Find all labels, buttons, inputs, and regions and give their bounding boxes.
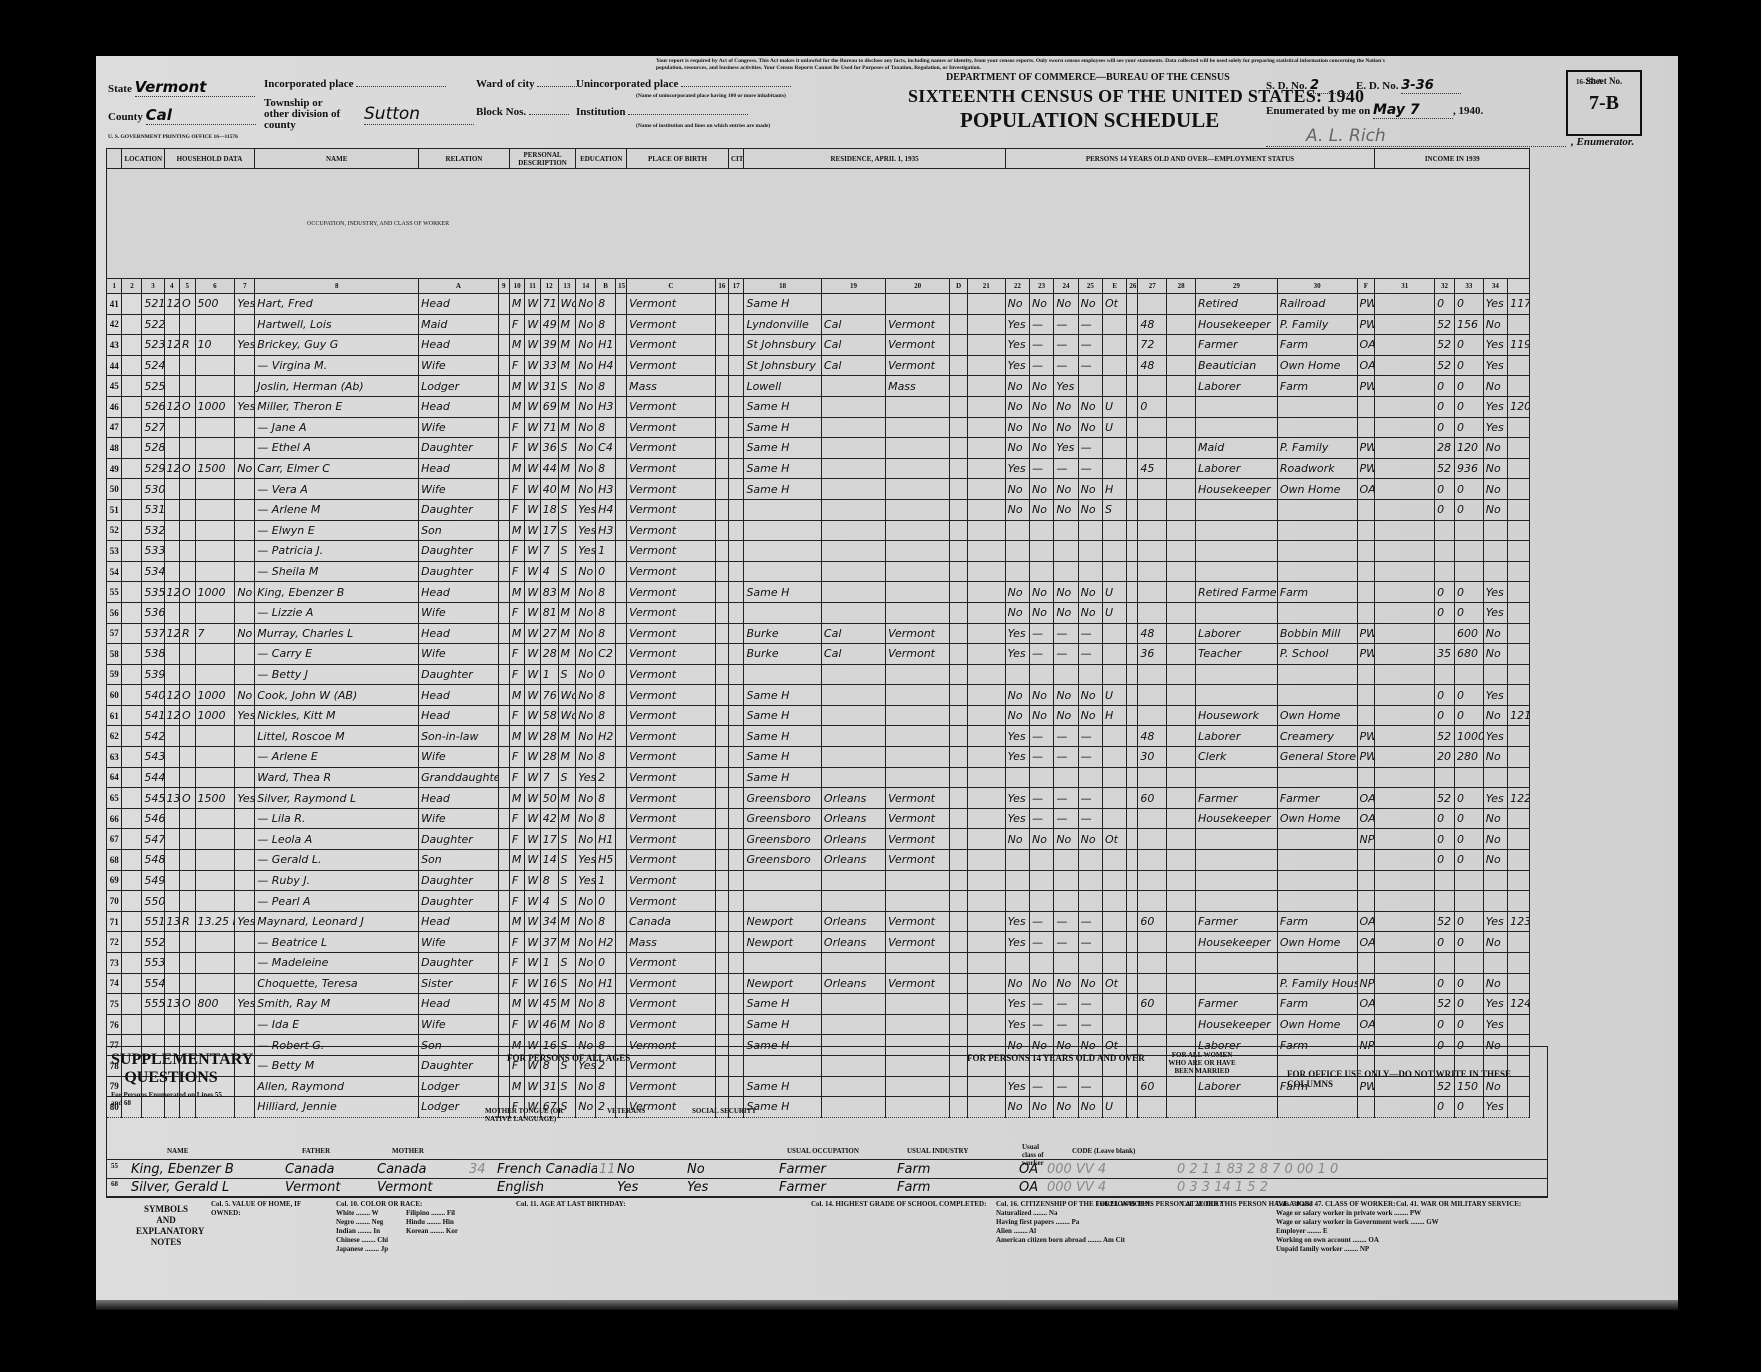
cell-birth: Vermont [627,479,716,500]
cell-other [1103,438,1127,459]
cell-sch: No [576,355,596,376]
cell-age: 8 [540,870,558,891]
cell-code [950,438,968,459]
cell-code [950,582,968,603]
table-row: 71551131R13.25 MoYesMaynard, Leonard JHe… [107,911,1546,932]
cell-code [1127,458,1138,479]
cell-sex: F [509,870,524,891]
cell-code [728,664,743,685]
enumerated-field: Enumerated by me on May 7, 1940. [1266,102,1483,119]
cell-work: Yes [1005,788,1029,809]
table-row: 65545130O1500YesSilver, Raymond LHeadMW5… [107,788,1546,809]
cell-own [180,417,195,438]
cell-wks: 0 [1435,705,1455,726]
cell-code [950,499,968,520]
cell-work: No [1005,376,1029,397]
cell-line: 61 [107,705,122,726]
cell-code [616,726,627,747]
cell-mar: M [558,747,576,768]
cell-hours [1138,891,1167,912]
cell-house: 551 [142,911,164,932]
cell-inc: No [1483,973,1507,994]
cell-hours [1138,417,1167,438]
cell-code [498,829,509,850]
cell-code [728,911,743,932]
cell-occ [1195,499,1277,520]
cell-work: No [1005,294,1029,315]
cell-res_county [821,994,885,1015]
cell-birth: Vermont [627,870,716,891]
cell-other [1103,355,1127,376]
cell-code [1167,664,1196,685]
cell-grade: H3 [596,396,616,417]
cell-code [1127,911,1138,932]
cell-rel: Lodger [419,376,499,397]
cell-other [1103,376,1127,397]
enumerator-field: A. L. Rich [1266,126,1566,147]
institution-note: (Name of institution and lines on which … [636,122,770,130]
cell-code [616,829,627,850]
cell-name: Joslin, Herman (Ab) [255,376,419,397]
cell-code [122,891,142,912]
table-row: 46526121O1000YesMiller, Theron EHeadMW69… [107,396,1546,417]
cell-name: Nickles, Kitt M [255,705,419,726]
cell-birth: Vermont [627,973,716,994]
cell-pub [1029,767,1053,788]
cell-res_county [821,685,885,706]
cell-code [950,829,968,850]
cell-wage: 0 [1454,396,1483,417]
cell-ind: Farm [1277,582,1357,603]
cell-age: 4 [540,891,558,912]
cell-sex: M [509,458,524,479]
cell-race: W [525,829,540,850]
cell-house: 545 [142,788,164,809]
cell-res_city [744,499,821,520]
cell-code [122,911,142,932]
cell-code [967,520,1005,541]
cell-rel: Wife [419,355,499,376]
cell-inc [1483,520,1507,541]
cell-line: 71 [107,911,122,932]
cell-value: 1000 [195,396,235,417]
cell-name: — Sheila M [255,561,419,582]
cell-other [1103,932,1127,953]
cell-own [180,520,195,541]
cell-res_county: Orleans [821,850,885,871]
cell-code [950,355,968,376]
cell-value [195,829,235,850]
cell-farm [235,829,255,850]
cell-line: 60 [107,685,122,706]
cell-wage: 0 [1454,932,1483,953]
cell-code [967,623,1005,644]
cell-ind: P. Family [1277,438,1357,459]
cell-seek [1054,953,1078,974]
cell-code [728,294,743,315]
cell-code [1127,520,1138,541]
cell-ind: Own Home [1277,705,1357,726]
cell-sex: M [509,623,524,644]
cell-code [1127,294,1138,315]
cell-code [715,396,728,417]
supp-cell-ss: No [687,1162,727,1177]
cell-pub: No [1029,582,1053,603]
cell-code [616,891,627,912]
cell-code [1127,561,1138,582]
township-field: Sutton [364,104,474,125]
cell-name: Brickey, Guy G [255,335,419,356]
cell-birth: Vermont [627,726,716,747]
cell-pub: — [1029,994,1053,1015]
cell-grade: 0 [596,664,616,685]
cell-sex: M [509,520,524,541]
cell-grade: 8 [596,602,616,623]
cell-job [1078,376,1102,397]
cell-name: — Beatrice L [255,932,419,953]
cell-cls [1357,541,1375,562]
cell-pub: No [1029,417,1053,438]
cell-sex: F [509,973,524,994]
cell-sex: M [509,685,524,706]
cell-line: 70 [107,891,122,912]
table-row: 74554Choquette, TeresaSisterFW16SNoH1Ver… [107,973,1546,994]
cell-sch: No [576,314,596,335]
cell-wks: 0 [1435,829,1455,850]
cell-grade: 8 [596,458,616,479]
cell-wage [1454,767,1483,788]
cell-res_county [821,705,885,726]
cell-code [1127,499,1138,520]
cell-code [498,582,509,603]
cell-sch: No [576,1014,596,1035]
cell-code [950,767,968,788]
cell-res_city: Same H [744,458,821,479]
cell-farm [235,767,255,788]
cell-birth: Vermont [627,1014,716,1035]
cell-race: W [525,479,540,500]
cell-code [616,541,627,562]
cell-code [950,541,968,562]
cell-pub: No [1029,376,1053,397]
cell-code [1167,747,1196,768]
cell-code [122,685,142,706]
cell-code [715,479,728,500]
cell-code [616,438,627,459]
cell-num [164,355,179,376]
cell-mar: S [558,664,576,685]
cell-line: 74 [107,973,122,994]
cell-sex: F [509,747,524,768]
cell-mar: M [558,808,576,829]
cell-num [164,808,179,829]
cell-cls: PW [1357,314,1375,335]
supp-cell-mother: Canada [377,1162,467,1177]
cell-work: Yes [1005,994,1029,1015]
cell-job: No [1078,829,1102,850]
cell-code [728,335,743,356]
cell-pub [1029,891,1053,912]
cell-code [122,623,142,644]
cell-value [195,499,235,520]
cell-code [728,891,743,912]
cell-grade: 8 [596,808,616,829]
cell-ind: P. School [1277,644,1357,665]
cell-line: 66 [107,808,122,829]
office-header: FOR OFFICE USE ONLY—DO NOT WRITE IN THES… [1287,1069,1547,1089]
cell-birth: Vermont [627,541,716,562]
cell-race: W [525,458,540,479]
cell-sch: No [576,747,596,768]
cell-code [1375,685,1435,706]
cell-seek: No [1054,499,1078,520]
cell-code [967,294,1005,315]
cell-wks: 0 [1435,932,1455,953]
cell-wks: 52 [1435,355,1455,376]
cell-hours [1138,829,1167,850]
supp-cell-name: Silver, Gerald L [131,1180,281,1195]
cell-mar: M [558,314,576,335]
cell-wage: 0 [1454,294,1483,315]
cell-farm: No [235,685,255,706]
table-row: 72552— Beatrice LWifeFW37MNoH2MassNewpor… [107,932,1546,953]
cell-code [967,870,1005,891]
supp-cell-line: 68 [111,1180,131,1188]
cell-wks [1435,891,1455,912]
cell-birth: Vermont [627,623,716,644]
supp-cell-name: King, Ebenzer B [131,1162,281,1177]
cell-race: W [525,726,540,747]
cell-other [1103,788,1127,809]
cell-inc [1483,664,1507,685]
cell-work: No [1005,396,1029,417]
cell-res_state [886,767,950,788]
cell-job [1078,561,1102,582]
cell-num [164,747,179,768]
cell-code [728,726,743,747]
cell-farm_no [1508,808,1530,829]
cell-name: — Lila R. [255,808,419,829]
cell-res_city: Same H [744,685,821,706]
cell-res_state: Vermont [886,829,950,850]
cell-name: Littel, Roscoe M [255,726,419,747]
cell-code [1375,953,1435,974]
cell-other: Ot [1103,294,1127,315]
cell-code [967,644,1005,665]
cell-farm_no [1508,644,1530,665]
cell-code [1127,891,1138,912]
cell-line: 42 [107,314,122,335]
cell-num [164,561,179,582]
cell-code [728,520,743,541]
cell-seek: — [1054,808,1078,829]
cell-hours: 48 [1138,314,1167,335]
cell-sch: No [576,458,596,479]
cell-ind [1277,417,1357,438]
cell-cls [1357,870,1375,891]
cell-wage: 0 [1454,705,1483,726]
cell-code [122,808,142,829]
cell-seek [1054,520,1078,541]
cell-age: 71 [540,417,558,438]
cell-num [164,520,179,541]
cell-code [122,994,142,1015]
cell-code [715,520,728,541]
cell-code [1167,623,1196,644]
note-col14: Col. 14. HIGHEST GRADE OF SCHOOL COMPLET… [811,1200,986,1209]
cell-age: 83 [540,582,558,603]
cell-age: 44 [540,458,558,479]
supp-cell-ss: Yes [687,1180,727,1195]
cell-code [715,829,728,850]
cell-farm [235,520,255,541]
cell-code [1375,479,1435,500]
cell-code [715,458,728,479]
cell-hours [1138,767,1167,788]
cell-wks: 35 [1435,644,1455,665]
cell-house: 539 [142,664,164,685]
cell-code [498,458,509,479]
cell-res_state [886,664,950,685]
cell-code [122,788,142,809]
cell-code [1167,376,1196,397]
cell-code [715,953,728,974]
table-row: 59539— Betty JDaughterFW1SNo0Vermont [107,664,1546,685]
cell-house: 524 [142,355,164,376]
cell-code [1375,850,1435,871]
cell-age: 7 [540,767,558,788]
cell-code [950,850,968,871]
cell-mar: Wd [558,705,576,726]
cell-res_state [886,1014,950,1035]
cell-farm [235,747,255,768]
cell-code [1375,767,1435,788]
cell-code [122,870,142,891]
cell-rel: Head [419,623,499,644]
cell-occ: Housework [1195,705,1277,726]
cell-value: 10 [195,335,235,356]
cell-code [122,561,142,582]
cell-mar: S [558,767,576,788]
cell-code [1375,726,1435,747]
cell-inc: Yes [1483,685,1507,706]
cell-sch: No [576,438,596,459]
cell-job [1078,850,1102,871]
cell-code [122,396,142,417]
cell-code [1375,623,1435,644]
cell-grade: 0 [596,561,616,582]
cell-line: 73 [107,953,122,974]
cell-mar: S [558,870,576,891]
cell-res_state [886,520,950,541]
supp-cell-code: 34 [469,1162,489,1177]
cell-num [164,479,179,500]
cell-code [715,335,728,356]
cell-job [1078,870,1102,891]
cell-code [498,541,509,562]
cell-hours [1138,520,1167,541]
cell-hours [1138,932,1167,953]
cell-mar: M [558,726,576,747]
cell-code [950,953,968,974]
cell-num: 127 [164,623,179,644]
cell-code [967,664,1005,685]
cell-race: W [525,582,540,603]
cell-code [950,376,968,397]
supp-cell-jcode: 000 VV 4 [1047,1162,1107,1177]
cell-code [715,294,728,315]
table-row: 53533— Patricia J.DaughterFW7SYes1Vermon… [107,541,1546,562]
cell-work: Yes [1005,314,1029,335]
cell-sch: No [576,829,596,850]
cell-code [1375,973,1435,994]
cell-code [1167,458,1196,479]
cell-seek: Yes [1054,438,1078,459]
cell-race: W [525,294,540,315]
cell-own: O [180,788,195,809]
cell-num: 129 [164,705,179,726]
cell-race: W [525,891,540,912]
cell-sch: No [576,953,596,974]
cell-job: — [1078,747,1102,768]
cell-code [715,664,728,685]
cell-res_city: Same H [744,417,821,438]
cell-ind: Farmer [1277,788,1357,809]
cell-code [950,417,968,438]
cell-pub: No [1029,396,1053,417]
cell-mar: S [558,561,576,582]
cell-res_state: Vermont [886,808,950,829]
table-row: 66546— Lila R.WifeFW42MNo8VermontGreensb… [107,808,1546,829]
cell-farm [235,1014,255,1035]
unincorporated-field: Unincorporated place [576,78,791,90]
cell-inc: Yes [1483,355,1507,376]
cell-inc: No [1483,932,1507,953]
cell-own [180,850,195,871]
cell-code [122,458,142,479]
cell-grade: 8 [596,314,616,335]
cell-code [616,623,627,644]
cell-code [950,788,968,809]
cell-own [180,932,195,953]
cell-age: 28 [540,726,558,747]
cell-code [967,561,1005,582]
cell-job: — [1078,623,1102,644]
cell-house: 537 [142,623,164,644]
cell-own [180,438,195,459]
cell-code [498,747,509,768]
cell-age: 39 [540,335,558,356]
cell-code [122,417,142,438]
cell-res_state: Vermont [886,911,950,932]
cell-res_county: Orleans [821,829,885,850]
cell-inc: Yes [1483,911,1507,932]
table-row: 68548— Gerald L.SonMW14SYesH5VermontGree… [107,850,1546,871]
cell-other [1103,953,1127,974]
cell-res_city: Lowell [744,376,821,397]
cell-cls: OA [1357,911,1375,932]
cell-code [1375,561,1435,582]
cell-res_state [886,417,950,438]
cell-code [498,664,509,685]
cell-wks: 0 [1435,602,1455,623]
cell-code [122,355,142,376]
cell-age: 7 [540,541,558,562]
cell-occ: Laborer [1195,458,1277,479]
cell-value [195,870,235,891]
cell-res_county [821,396,885,417]
cell-ind: P. Family Housework [1277,973,1357,994]
